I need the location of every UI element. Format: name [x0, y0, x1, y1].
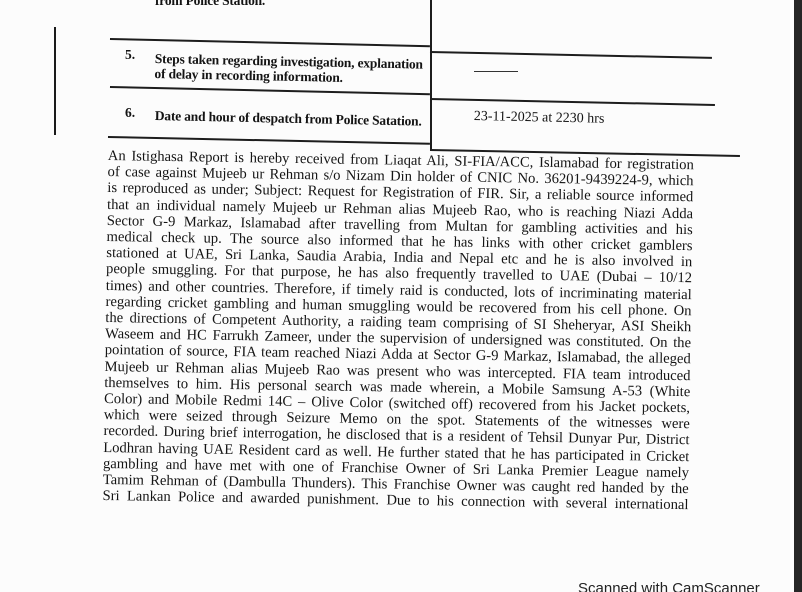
empty-value-dash — [474, 71, 518, 72]
margin-bar — [54, 27, 56, 135]
scanned-document-page: from Police Station. 5. Steps taken rega… — [0, 0, 794, 592]
row-divider — [110, 86, 430, 95]
row-divider — [110, 38, 430, 47]
row-label: Date and hour of despatch from Police Sa… — [155, 108, 422, 129]
row-value: 23-11-2025 at 2230 hrs — [474, 109, 605, 127]
scanner-watermark: Scanned with CamScanner — [578, 580, 760, 592]
viewer-edge — [794, 0, 802, 592]
report-paragraph: An Istighasa Report is hereby received f… — [102, 148, 694, 514]
row-number: 6. — [125, 105, 135, 120]
row-label: Steps taken regarding investigation, exp… — [154, 51, 423, 87]
row-divider — [430, 98, 715, 106]
prev-row-label-tail: from Police Station. — [155, 0, 265, 8]
row-number: 5. — [125, 47, 135, 62]
row-divider — [108, 136, 430, 144]
column-divider — [430, 0, 432, 150]
row-divider — [430, 51, 712, 58]
